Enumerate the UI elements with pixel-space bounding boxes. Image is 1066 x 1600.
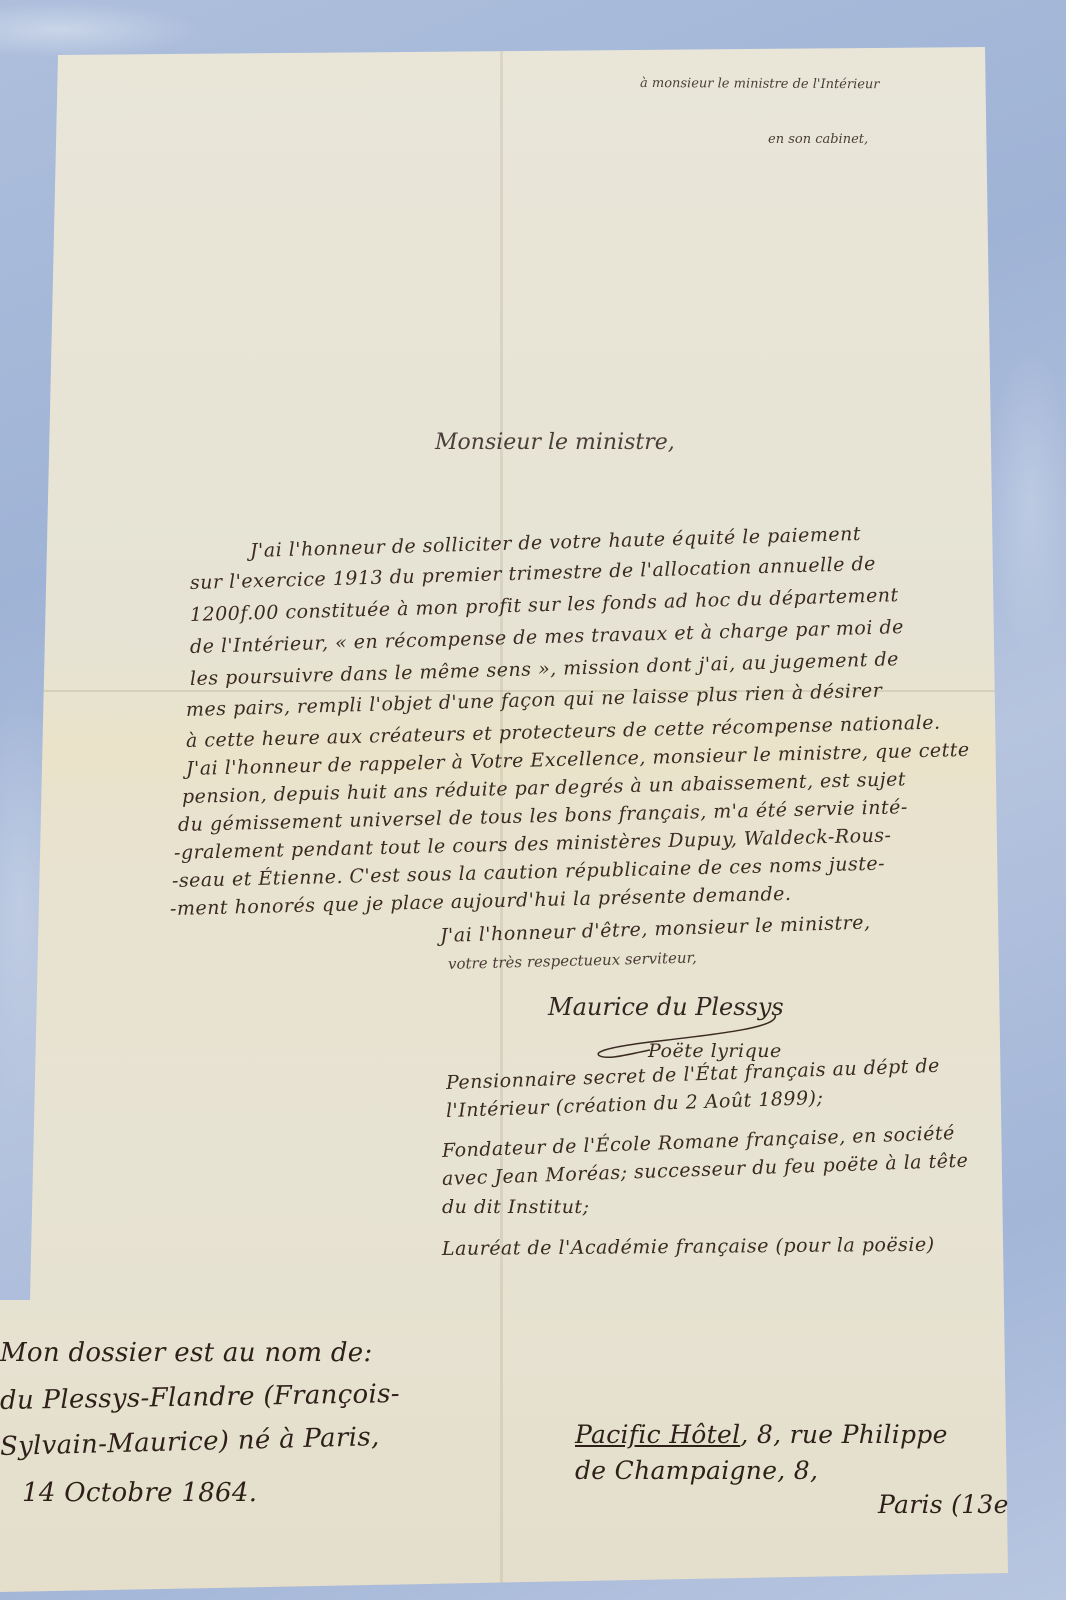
hotel-name: Pacific Hôtel [575,1420,740,1449]
poet-title: Poëte lyrique [648,1040,782,1062]
dossier-line-4: 14 Octobre 1864. [22,1478,257,1508]
dossier-line-1: Mon dossier est au nom de: [0,1338,373,1368]
return-address-line-1: Pacific Hôtel, 8, rue Philippe [575,1420,948,1449]
credential-line: Lauréat de l'Académie française (pour la… [442,1234,935,1260]
street: , 8, rue Philippe [740,1420,947,1449]
salutation: Monsieur le ministre, [435,430,675,455]
credential-line: du dit Institut; [442,1196,589,1218]
address-line-1: à monsieur le ministre de l'Intérieur [640,76,880,92]
address-line-2: en son cabinet, [768,132,868,147]
return-address-line-3: Paris (13e [878,1490,1009,1519]
return-address-line-2: de Champaigne, 8, [575,1456,818,1485]
